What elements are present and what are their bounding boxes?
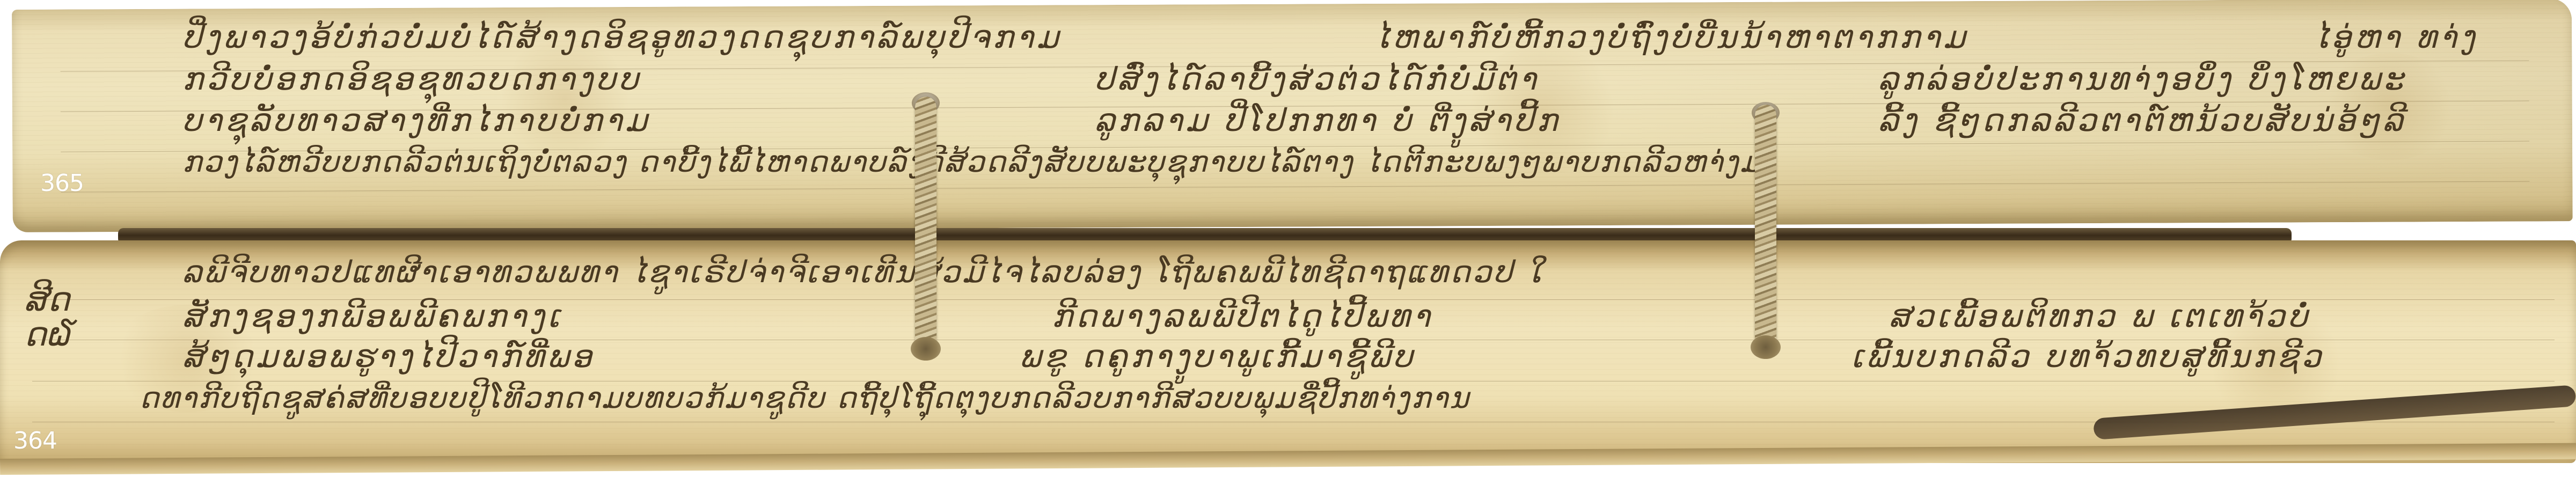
ruled-line [61,181,2529,193]
text-segment: ສັກງຊອງກພີອພພີຄພກາງເ [182,300,563,332]
text-segment: ສ້ໆດຸມພອພຮູາງໄປີວາກ໌ທີ່ພອ [182,341,595,372]
text-segment: ປີ່ງພາວງອ້ບໍ່ກ່ວບໍ່ມບໍ່ໄດ໌ສ້າງດອິຊອູທວງດ… [182,21,1062,53]
text-segment: ສວເພີ້ອພຕິທກວ ພ ເຕເທາ້ວບໍ່ [1889,300,2311,332]
stain [495,39,635,158]
text-segment: ລີ້ງ ຊີ້ໆດກລລີວຕາຕ໌ຫນ້ວບສັບນ່ອ້ໆລີ [1878,105,2406,136]
margin-label-line-2: ດ໖ [24,317,70,351]
text-segment: ກວີບບໍ່ອກດອິຊອຊຸທວບດກາງບບ [182,63,642,94]
folio-364-margin-label: ສີດ ດ໖ [24,282,70,351]
cord-knot-right [1751,335,1781,359]
manuscript-photo: ປີ່ງພາວງອ້ບໍ່ກ່ວບໍ່ມບໍ່ໄດ໌ສ້າງດອິຊອູທວງດ… [0,0,2576,477]
binding-cord-left [915,97,936,349]
text-segment: ໄຫພາກ໌ບໍ່ຫີ້ກວງບໍ່ຖົ່ງບໍ່ບື່ນນ້າຫາຕາກກາມ [1374,21,1968,53]
page-number-label: 364 [13,429,57,453]
binding-cord-right [1755,105,1776,349]
page-number-label: 365 [40,172,84,195]
text-segment: ກວງໄລ໌ຫວີບບກດລີວຕ່ນເຖິງບໍ່ຕລວງ ດາບີ້ງໄພີ… [182,148,1762,177]
text-segment: ປສົ່ງໄດ໌ລາບີ້ງສ່ວຕ່ວໄດ໌ກໍ່ບໍ່ມີຕ່າ [1095,63,1539,94]
text-segment: ດທາກີບຖີດຊູສຄ່ສທີ່ບອບບປູີໂທີວກດາມບທບວກ້ມ… [140,384,1470,413]
text-segment: ພຂູ ດຄູກາງູບາພູເກີ້ມາຊູີ້ພີບ [1020,341,1416,372]
text-segment: ລູກລາມ ປີ່ໂປກກທາ ບໍ່ ຕີ່ງູສ່າປີ້ກ [1095,105,1561,136]
cord-knot-left [911,337,941,361]
text-segment: ລພີຈີບທາວປແທຜີາເອາທວພພທາ ໄຊູາເຣີປຈ່າຈີເອ… [182,258,1545,288]
text-segment: ເພີ້ນບກດລີວ ບທາ້ວທບສູທີ້ນກຊີວ [1851,341,2324,372]
text-segment: ບາຊຸລັບທາວສາງທີ່ກໄກາບບໍ່ກາມ [182,105,650,136]
text-segment: ລູກລ່ອບໍ່ປະການທາ່ງອບຶ່ງ ບຶ່ງໂຫຍພະ [1878,63,2406,94]
text-segment: ກີດພາງລພພີປີຕໄດູໄປີ້ພທາ [1052,300,1433,332]
text-segment: ໄອູ່ຫາ ທາ່ງ [2313,21,2478,53]
margin-label-line-1: ສີດ [24,282,70,317]
